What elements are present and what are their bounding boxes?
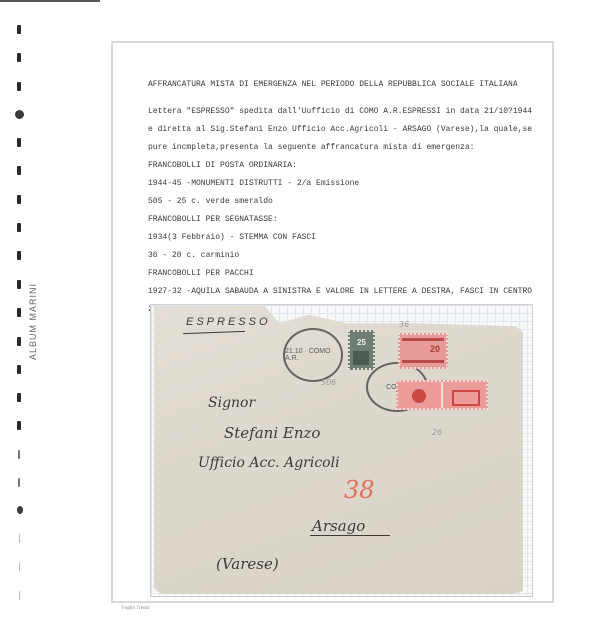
- binder-hole: [17, 138, 21, 147]
- binder-hole: [18, 450, 20, 459]
- handwritten-espresso: ESPRESSO: [186, 316, 271, 328]
- eagle-emblem-icon: [412, 389, 426, 403]
- album-spine-label: ALBUM MARINI: [28, 283, 38, 360]
- stamp-value: 20: [430, 344, 440, 354]
- description-line: pure incmpleta,presenta la seguente affr…: [148, 143, 474, 152]
- red-crayon-mark: 38: [344, 476, 375, 504]
- handwritten-province: (Varese): [216, 555, 279, 573]
- binder-hole: [17, 421, 21, 430]
- binder-hole: [17, 82, 21, 91]
- underline: [310, 535, 390, 536]
- binder-hole: [15, 110, 24, 119]
- page-title: AFFRANCATURA MISTA DI EMERGENZA NEL PERI…: [148, 80, 518, 89]
- pencil-note: 506: [321, 378, 336, 387]
- binder-hole: [17, 53, 21, 62]
- binder-hole: [19, 534, 20, 543]
- binder-hole: [17, 223, 21, 232]
- binder-hole: [17, 506, 23, 514]
- stamp-pacchi-25c: [396, 380, 488, 410]
- binder-hole: [17, 25, 21, 34]
- binder-hole: [17, 365, 21, 374]
- pencil-note: 36: [399, 320, 409, 329]
- description-line: Lettera "ESPRESSO" spedita dall'Uufficio…: [148, 107, 532, 116]
- handwritten-recipient-name: Stefani Enzo: [224, 424, 320, 442]
- postmark: 21.10 · COMO A.R.: [283, 328, 343, 382]
- description-line: 1944-45 -MONUMENTI DISTRUTTI - 2/a Emiss…: [148, 179, 359, 188]
- stamp-perforation: [441, 382, 443, 408]
- monument-building-icon: [353, 351, 369, 365]
- pencil-note: 26: [432, 428, 442, 437]
- binder-hole: [19, 591, 20, 600]
- binder-hole: [17, 393, 21, 402]
- handwritten-office: Ufficio Acc. Agricoli: [198, 455, 340, 471]
- stamp-band: [402, 360, 444, 363]
- binder-hole: [17, 280, 21, 289]
- description-line: 36 - 20 c. carminio: [148, 251, 239, 260]
- section-heading-ordinaria: FRANCOBOLLI DI POSTA ORDINARIA:: [148, 161, 297, 170]
- binder-hole: [17, 195, 21, 204]
- binder-hole: [19, 562, 20, 571]
- description-line: 505 - 25 c. verde smeraldo: [148, 197, 273, 206]
- description-line: e diretta al Sig.Stefani Enzo Ufficio Ac…: [148, 125, 532, 134]
- description-line: 1934(3 Febbraio) - STEMMA CON FASCI: [148, 233, 316, 242]
- section-heading-segnatasse: FRANCOBOLLI PER SEGNATASSE:: [148, 215, 278, 224]
- stamp-monumenti-25c: 25: [348, 330, 375, 370]
- binder-hole: [17, 251, 21, 260]
- binder-hole: [17, 337, 21, 346]
- section-heading-pacchi: FRANCOBOLLI PER PACCHI: [148, 269, 254, 278]
- handwritten-city: Arsago: [312, 517, 365, 535]
- binder-hole: [17, 166, 21, 175]
- value-frame-icon: [452, 390, 480, 406]
- handwritten-salutation: Signor: [208, 395, 255, 411]
- description-line: 1927-32 -AQUILA SABAUDA A SINISTRA E VAL…: [148, 287, 532, 296]
- stamp-segnatasse-20c: 20: [398, 333, 448, 369]
- stamp-value: 25: [357, 338, 366, 347]
- binder-hole: [18, 478, 20, 487]
- stamp-band: [402, 338, 444, 341]
- binder-hole: [17, 308, 21, 317]
- album-page-brand: Foglio Trento: [122, 606, 149, 611]
